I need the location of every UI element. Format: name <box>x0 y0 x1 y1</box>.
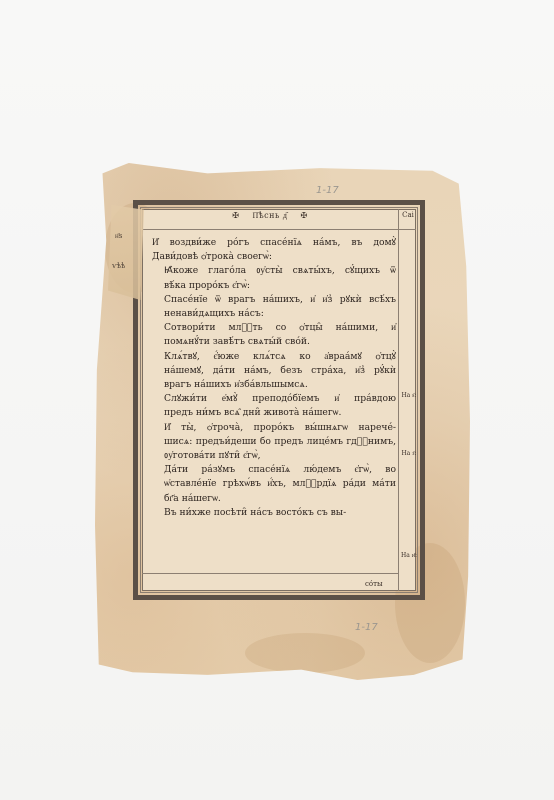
pencil-catalog-mark-top: 1-17 <box>316 185 339 196</box>
text-line: ненави́дѧщихъ на́съ: <box>152 307 396 321</box>
catchword: со́ты <box>365 580 383 588</box>
text-line: бг҃а на́шегѡ. <box>152 492 396 506</box>
ode-title: П҃ѣснь д҃ <box>253 211 288 220</box>
margin-note: На ѕ҃: <box>399 392 419 399</box>
verse: Да́ти ра́зꙋмъ спасе́нїѧ лю́демъ є҆гѡ̀, в… <box>152 463 396 506</box>
text-line: предъ ни́мъ всѧ̑ дни̑ живота̀ на́шегѡ. <box>152 406 396 420</box>
text-line: Спасе́нїе ѿ врагъ на́шихъ, и҆ и҆з̾ рꙋкѝ … <box>152 293 396 307</box>
cross-ornament-icon: ✠ <box>232 211 239 220</box>
text-line: на́шемꙋ, да́ти на́мъ, безъ стра́ха, и҆з̾… <box>152 364 396 378</box>
verse: Слꙋжи́ти е҆мꙋ̀ преподо́бїемъ и҆ пра́вдою… <box>152 392 396 420</box>
water-stain <box>245 633 365 673</box>
text-line: И҆ ты̀, ѻ҆троча̀, проро́къ вы́шнѧгѡ наре… <box>152 421 396 435</box>
text-line: Сотвори́ти млⷭ҇ть со ѻ҆тцы̑ на́шими, и҆ <box>152 321 396 335</box>
verse: Спасе́нїе ѿ врагъ на́шихъ, и҆ и҆з̾ рꙋкѝ … <box>152 293 396 321</box>
page-signature: Саі <box>400 211 416 219</box>
verse: Клѧ́твꙋ, є҆́юже клѧ́тсѧ ко а҆враа́мꙋ ѻ҆т… <box>152 350 396 393</box>
text-line: Дави́довѣ ѻ҆трока̀ своегѡ̀: <box>152 250 396 264</box>
verse: Сотвори́ти млⷭ҇ть со ѻ҆тцы̑ на́шими, и҆ … <box>152 321 396 349</box>
body-text: И҆ воздви́же ро́гъ спасе́нїѧ на́мъ, въ д… <box>152 236 396 520</box>
text-line: вѣ́ка проро́къ є҆гѡ̀: <box>152 279 396 293</box>
margin-note: На з҃: <box>399 450 419 457</box>
text-line: И҆ воздви́же ро́гъ спасе́нїѧ на́мъ, въ д… <box>152 236 396 250</box>
text-line: Ꙗ҆́коже глаго́ла ᲂу҆сты̀ свѧты́хъ, сꙋ́щи… <box>152 264 396 278</box>
text-line: Слꙋжи́ти е҆мꙋ̀ преподо́бїемъ и҆ пра́вдою <box>152 392 396 406</box>
verse: И҆ воздви́же ро́гъ спасе́нїѧ на́мъ, въ д… <box>152 236 396 264</box>
torn-paper-flap <box>108 205 144 300</box>
flap-note: н҃ѕ <box>115 232 122 240</box>
pencil-catalog-mark-bottom: 1-17 <box>355 622 378 633</box>
text-line: ѡ҆ставле́нїе грѣхѡ́въ и҆́хъ, млⷭ҇рдїѧ ра… <box>152 477 396 491</box>
verse: И҆ ты̀, ѻ҆троча̀, проро́къ вы́шнѧгѡ наре… <box>152 421 396 464</box>
margin-column-rule <box>398 209 399 591</box>
text-line: Да́ти ра́зꙋмъ спасе́нїѧ лю́демъ є҆гѡ̀, в… <box>152 463 396 477</box>
verse: Въ ни́хже посѣти̑ на́съ восто́къ съ вы- <box>152 506 396 520</box>
verse: Ꙗ҆́коже глаго́ла ᲂу҆сты̀ свѧты́хъ, сꙋ́щи… <box>152 264 396 292</box>
text-line: ᲂу҆готова́ти пꙋти̑ є҆гѡ̀, <box>152 449 396 463</box>
text-line: Въ ни́хже посѣти̑ на́съ восто́къ съ вы- <box>152 506 396 520</box>
footer-rule <box>142 573 398 574</box>
text-line: помѧнꙋ́ти завѣ́тъ свѧты́й сво́й. <box>152 335 396 349</box>
header-rule <box>142 229 416 230</box>
running-head: ✠ П҃ѣснь д҃ ✠ <box>142 211 398 220</box>
cross-ornament-icon: ✠ <box>300 211 307 220</box>
flap-note: ѵѣѣ <box>112 262 125 270</box>
text-line: Клѧ́твꙋ, є҆́юже клѧ́тсѧ ко а҆враа́мꙋ ѻ҆т… <box>152 350 396 364</box>
text-line: врагъ на́шихъ и҆зба́вльшымсѧ. <box>152 378 396 392</box>
margin-note: На и҃: <box>399 552 419 559</box>
text-line: шисѧ: предъи́деши бо предъ лице́мъ гдⷭ҇н… <box>152 435 396 449</box>
